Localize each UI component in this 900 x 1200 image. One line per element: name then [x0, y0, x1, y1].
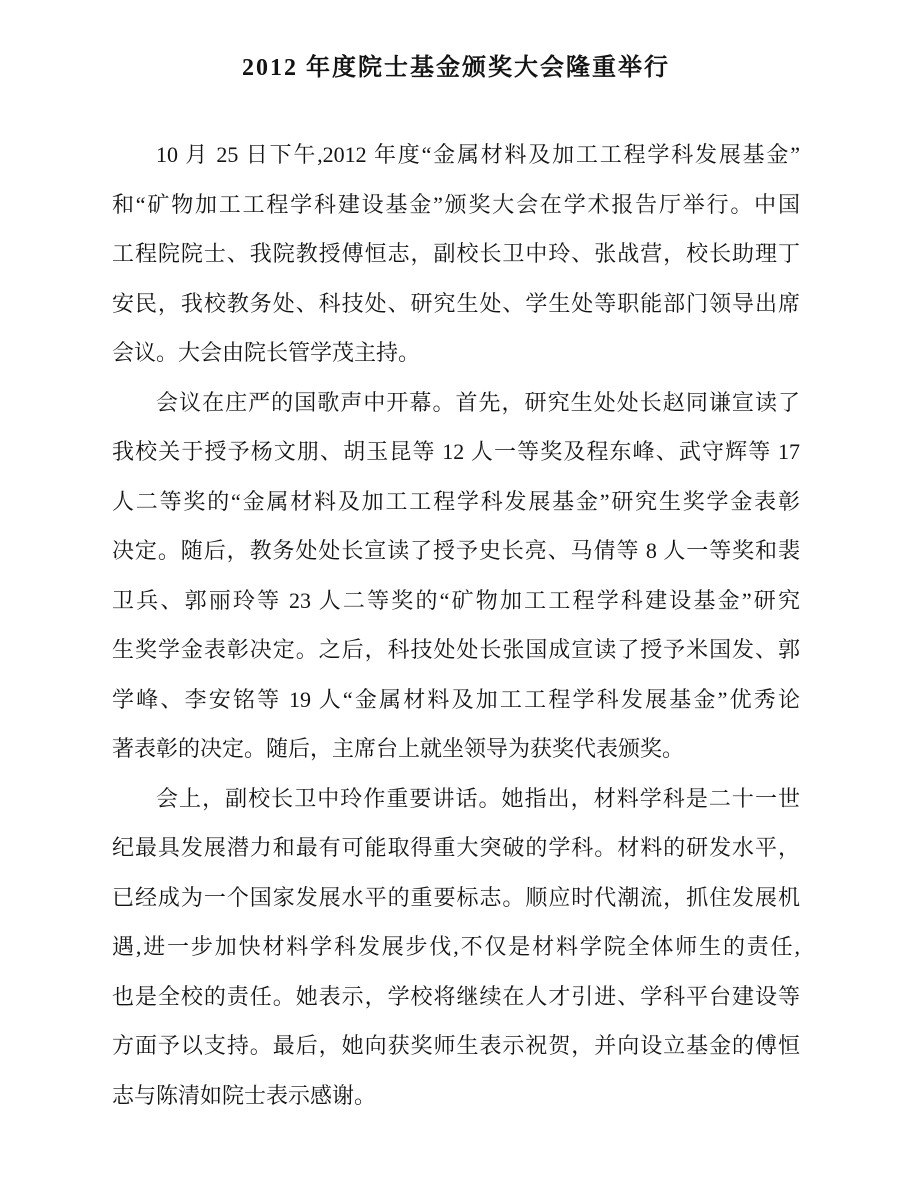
document-title: 2012 年度院士基金颁奖大会隆重举行 [112, 0, 800, 86]
text-line: 人二等奖的“金属材料及加工工程学科发展基金”研究生奖学金表彰 [112, 477, 800, 527]
paragraph: 会议在庄严的国歌声中开幕。首先，研究生处处长赵同谦宣读了 我校关于授予杨文朋、胡… [112, 378, 800, 774]
paragraph: 会上，副校长卫中玲作重要讲话。她指出，材料学科是二十一世 纪最具发展潜力和最有可… [112, 774, 800, 1121]
text-line: 也是全校的责任。她表示，学校将继续在人才引进、学科平台建设等 [112, 972, 800, 1022]
text-line: 工程院院士、我院教授傅恒志，副校长卫中玲、张战营，校长助理丁 [112, 229, 800, 279]
text-line: 会上，副校长卫中玲作重要讲话。她指出，材料学科是二十一世 [112, 774, 800, 824]
text-line: 遇,进一步加快材料学科发展步伐,不仅是材料学院全体师生的责任, [112, 922, 800, 972]
document-page: 2012 年度院士基金颁奖大会隆重举行 10 月 25 日下午,2012 年度“… [0, 0, 900, 1200]
text-line: 已经成为一个国家发展水平的重要标志。顺应时代潮流，抓住发展机 [112, 873, 800, 923]
article-text: 10 月 25 日下午,2012 年度“金属材料及加工工程学科发展基金” 和“矿… [112, 130, 800, 1120]
text-line: 和“矿物加工工程学科建设基金”颁奖大会在学术报告厅举行。中国 [112, 180, 800, 230]
text-line: 会议。大会由院长管学茂主持。 [112, 328, 800, 378]
document-body: 2012 年度院士基金颁奖大会隆重举行 10 月 25 日下午,2012 年度“… [112, 0, 800, 1120]
text-line: 我校关于授予杨文朋、胡玉昆等 12 人一等奖及程东峰、武守辉等 17 [112, 427, 800, 477]
text-line: 生奖学金表彰决定。之后，科技处处长张国成宣读了授予米国发、郭 [112, 625, 800, 675]
text-line: 会议在庄严的国歌声中开幕。首先，研究生处处长赵同谦宣读了 [112, 378, 800, 428]
text-line: 方面予以支持。最后，她向获奖师生表示祝贺，并向设立基金的傅恒 [112, 1021, 800, 1071]
text-line: 10 月 25 日下午,2012 年度“金属材料及加工工程学科发展基金” [112, 130, 800, 180]
text-line: 著表彰的决定。随后，主席台上就坐领导为获奖代表颁奖。 [112, 724, 800, 774]
text-line: 卫兵、郭丽玲等 23 人二等奖的“矿物加工工程学科建设基金”研究 [112, 576, 800, 626]
paragraph: 10 月 25 日下午,2012 年度“金属材料及加工工程学科发展基金” 和“矿… [112, 130, 800, 378]
text-line: 安民，我校教务处、科技处、研究生处、学生处等职能部门领导出席 [112, 279, 800, 329]
text-line: 纪最具发展潜力和最有可能取得重大突破的学科。材料的研发水平， [112, 823, 800, 873]
text-line: 学峰、李安铭等 19 人“金属材料及加工工程学科发展基金”优秀论 [112, 675, 800, 725]
text-line: 决定。随后，教务处处长宣读了授予史长亮、马倩等 8 人一等奖和裴 [112, 526, 800, 576]
text-line: 志与陈清如院士表示感谢。 [112, 1071, 800, 1121]
